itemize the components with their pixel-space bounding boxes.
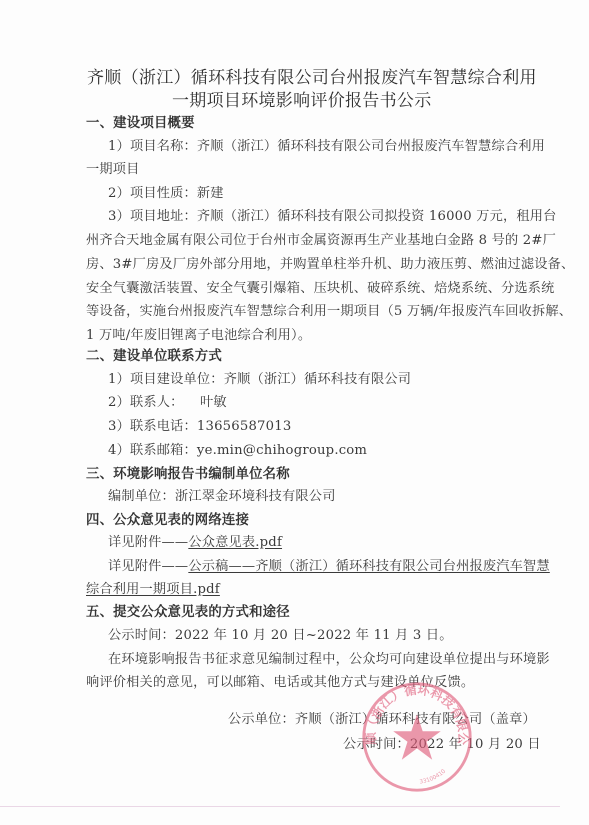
attachment-1-prefix: 详见附件—— — [108, 535, 188, 550]
attachment-1: 详见附件——公众意见表.pdf — [108, 534, 282, 552]
contact-phone: 3）联系电话：13656587013 — [108, 418, 291, 436]
construction-unit: 1）项目建设单位：齐顺（浙江）循环科技有限公司 — [108, 371, 411, 389]
announcement-draft-link-line-1[interactable]: 公示稿——齐顺（浙江）循环科技有限公司台州报废汽车智慧 — [188, 559, 549, 574]
publicity-period: 公示时间：2022 年 10 月 20 日~2022 年 11 月 3 日。 — [108, 627, 453, 645]
attachment-2: 详见附件——公示稿——齐顺（浙江）循环科技有限公司台州报废汽车智慧 — [108, 558, 550, 576]
contact-person-label: 2）联系人： — [108, 394, 184, 412]
project-address-line-2: 州齐合天地金属有限公司位于台州市金属资源再生产业基地白金路 8 号的 2#厂 — [86, 232, 556, 250]
section-5-heading: 五、提交公众意见表的方式和途径 — [86, 603, 290, 621]
project-address-line-5: 等设备，实施台州报废汽车智慧综合利用一期项目（5 万辆/年报废汽车回收拆解、 — [86, 303, 572, 321]
public-opinion-form-link[interactable]: 公众意见表.pdf — [188, 535, 282, 550]
feedback-line-1: 在环境影响报告书征求意见编制过程中，公众均可向建设单位提出与环境影 — [108, 651, 550, 669]
preparer-unit: 编制单位：浙江翠金环境科技有限公司 — [108, 488, 336, 506]
project-name-line-2: 一期项目 — [86, 161, 140, 179]
project-name-line-1: 1）项目名称：齐顺（浙江）循环科技有限公司台州报废汽车智慧综合利用 — [108, 138, 545, 156]
attachment-2-continued: 综合利用一期项目.pdf — [86, 581, 220, 599]
scan-edge-line — [0, 806, 560, 807]
title-line-2: 一期项目环境影响评价报告书公示 — [172, 90, 432, 112]
project-address-line-1: 3）项目地址：齐顺（浙江）循环科技有限公司拟投资 16000 万元，租用台 — [108, 208, 557, 226]
project-address-line-6: 1 万吨/年废旧锂离子电池综合利用）。 — [86, 327, 311, 345]
contact-person-value: 叶敏 — [200, 394, 227, 412]
project-nature: 2）项目性质：新建 — [108, 185, 224, 203]
section-2-heading: 二、建设单位联系方式 — [86, 347, 222, 365]
section-3-heading: 三、环境影响报告书编制单位名称 — [86, 465, 290, 483]
project-address-line-3: 房、3#厂房及厂房外部分用地，并购置单柱举升机、助力液压剪、燃油过滤设备、 — [86, 256, 574, 274]
section-4-heading: 四、公众意见表的网络连接 — [86, 511, 249, 529]
company-seal-icon: 齐顺（浙江）循环科技有限公司 33100410 — [360, 680, 474, 794]
section-1-heading: 一、建设项目概要 — [86, 114, 195, 132]
project-address-line-4: 安全气囊激活装置、安全气囊引爆箱、压块机、破碎系统、焙烧系统、分选系统 — [86, 280, 555, 298]
title-line-1: 齐顺（浙江）循环科技有限公司台州报废汽车智慧综合利用 — [87, 67, 537, 89]
announcement-draft-link-line-2[interactable]: 综合利用一期项目.pdf — [86, 582, 220, 597]
attachment-2-prefix: 详见附件—— — [108, 559, 188, 574]
document-page: 齐顺（浙江）循环科技有限公司台州报废汽车智慧综合利用 一期项目环境影响评价报告书… — [0, 0, 589, 825]
contact-email: 4）联系邮箱：ye.min@chihogroup.com — [108, 442, 367, 460]
